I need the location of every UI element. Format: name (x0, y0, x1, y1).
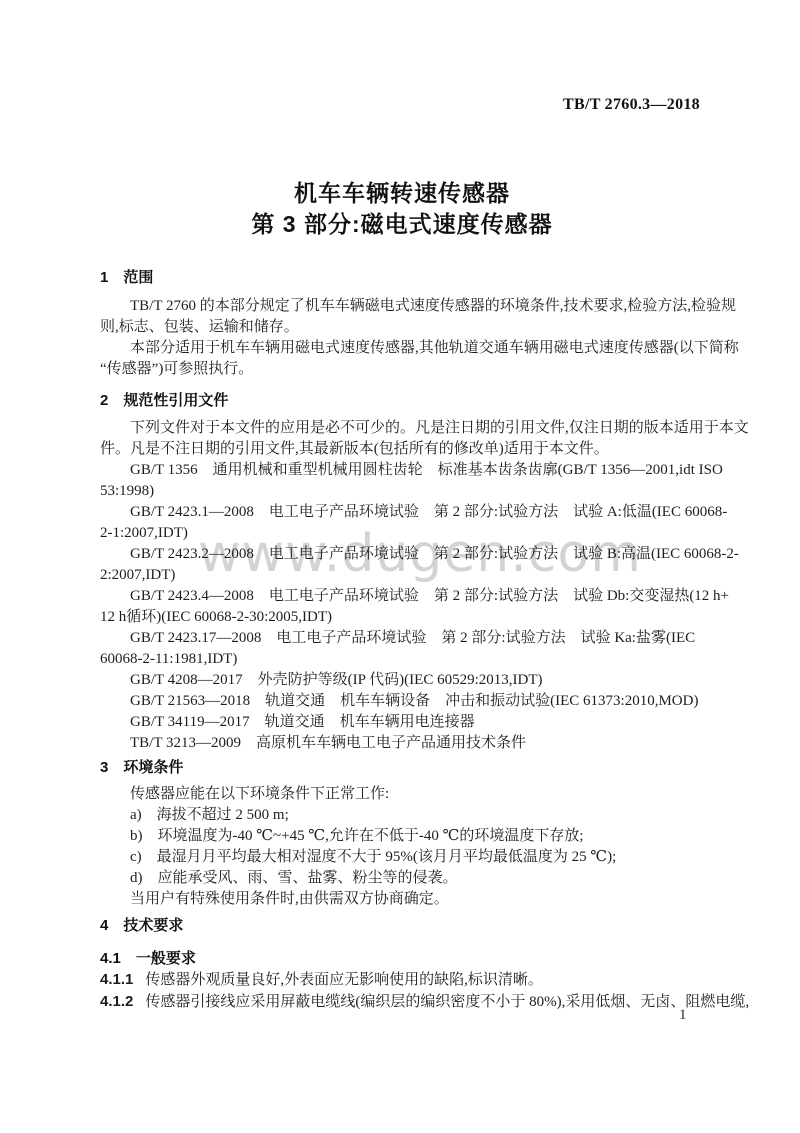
doc-line: 2:2007,IDT) (100, 565, 704, 586)
doc-line: GB/T 2423.1—2008 电工电子产品环境试验 第 2 部分:试验方法 … (100, 502, 704, 523)
doc-line: GB/T 2423.17—2008 电工电子产品环境试验 第 2 部分:试验方法… (100, 628, 704, 649)
clause-text: 传感器引接线应采用屏蔽电缆线(编织层的编织密度不小于 80%),采用低烟、无卤、… (145, 994, 749, 1010)
doc-line: 本部分适用于机车车辆用磁电式速度传感器,其他轨道交通车辆用磁电式速度传感器(以下… (100, 338, 704, 359)
section-heading: 4.1 一般要求 (100, 948, 704, 969)
doc-line: 4.1.1传感器外观质量良好,外表面应无影响使用的缺陷,标识清晰。 (100, 969, 704, 991)
doc-line: TB/T 2760 的本部分规定了机车车辆磁电式速度传感器的环境条件,技术要求,… (100, 296, 704, 317)
doc-line: 12 h循环)(IEC 60068-2-30:2005,IDT) (100, 607, 704, 628)
doc-line: d) 应能承受风、雨、雪、盐雾、粉尘等的侵袭。 (100, 868, 704, 889)
clause-text: 传感器外观质量良好,外表面应无影响使用的缺陷,标识清晰。 (145, 972, 543, 988)
doc-line: GB/T 4208—2017 外壳防护等级(IP 代码)(IEC 60529:2… (100, 670, 704, 691)
section-heading: 2 规范性引用文件 (100, 390, 704, 411)
document-page: TB/T 2760.3—2018 www.dugen.com 机车车辆转速传感器… (0, 0, 800, 1133)
doc-body-blocks: 1 范围TB/T 2760 的本部分规定了机车车辆磁电式速度传感器的环境条件,技… (100, 267, 704, 1013)
doc-line: GB/T 1356 通用机械和重型机械用圆柱齿轮 标准基本齿条齿廓(GB/T 1… (100, 460, 704, 481)
section-heading: 1 范围 (100, 267, 704, 288)
doc-title-line2: 第 3 部分:磁电式速度传感器 (100, 209, 704, 240)
doc-line: a) 海拔不超过 2 500 m; (100, 805, 704, 826)
doc-line: 60068-2-11:1981,IDT) (100, 649, 704, 670)
doc-title-line1: 机车车辆转速传感器 (100, 178, 704, 209)
doc-line: c) 最湿月月平均最大相对湿度不大于 95%(该月月平均最低温度为 25 ℃); (100, 847, 704, 868)
doc-line: 传感器应能在以下环境条件下正常工作: (100, 784, 704, 805)
doc-line: “传感器”)可参照执行。 (100, 359, 704, 380)
page-number: 1 (679, 1007, 687, 1024)
doc-line: 下列文件对于本文件的应用是必不可少的。凡是注日期的引用文件,仅注日期的版本适用于… (100, 418, 704, 439)
doc-line: GB/T 21563—2018 轨道交通 机车车辆设备 冲击和振动试验(IEC … (100, 691, 704, 712)
doc-line: 2-1:2007,IDT) (100, 523, 704, 544)
doc-line: b) 环境温度为-40 ℃~+45 ℃,允许在不低于-40 ℃的环境温度下存放; (100, 826, 704, 847)
doc-line: GB/T 2423.4—2008 电工电子产品环境试验 第 2 部分:试验方法 … (100, 586, 704, 607)
doc-line: 当用户有特殊使用条件时,由供需双方协商确定。 (100, 889, 704, 910)
doc-line: 53:1998) (100, 481, 704, 502)
section-heading: 3 环境条件 (100, 757, 704, 778)
doc-line: 件。凡是不注日期的引用文件,其最新版本(包括所有的修改单)适用于本文件。 (100, 439, 704, 460)
doc-body: 机车车辆转速传感器 第 3 部分:磁电式速度传感器 1 范围TB/T 2760 … (100, 0, 704, 1013)
doc-line: 则,标志、包装、运输和储存。 (100, 317, 704, 338)
doc-title: 机车车辆转速传感器 第 3 部分:磁电式速度传感器 (100, 178, 704, 240)
doc-line: 4.1.2传感器引接线应采用屏蔽电缆线(编织层的编织密度不小于 80%),采用低… (100, 991, 704, 1013)
clause-number: 4.1.1 (100, 971, 133, 988)
section-heading: 4 技术要求 (100, 915, 704, 936)
doc-line: TB/T 3213—2009 高原机车车辆电工电子产品通用技术条件 (100, 733, 704, 754)
doc-line: GB/T 2423.2—2008 电工电子产品环境试验 第 2 部分:试验方法 … (100, 544, 704, 565)
clause-number: 4.1.2 (100, 993, 133, 1010)
doc-line: GB/T 34119—2017 轨道交通 机车车辆用电连接器 (100, 712, 704, 733)
